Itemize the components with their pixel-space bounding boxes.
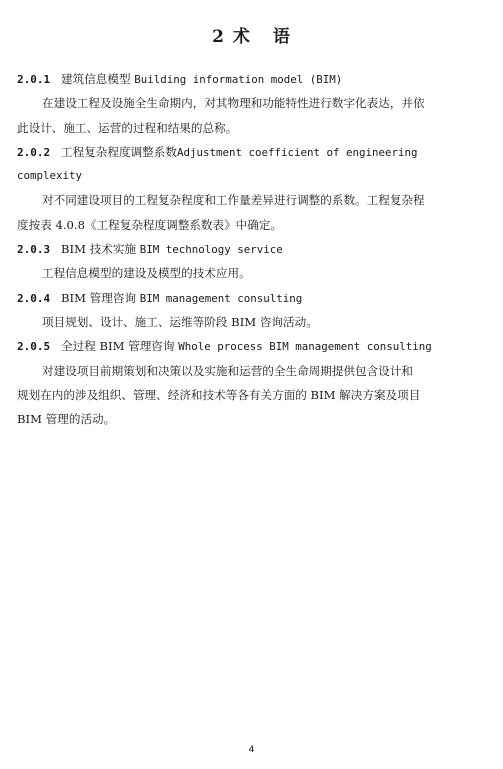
term-definition-line: 项目规划、设计、施工、运维等阶段 BIM 咨询活动。	[17, 310, 447, 334]
term-cn: BIM 管理咨询	[61, 291, 136, 305]
term-heading-2-0-5: 2.0.5全过程 BIM 管理咨询 Whole process BIM mana…	[17, 334, 447, 358]
term-heading-2-0-1: 2.0.1建筑信息模型 Building information model (…	[17, 67, 447, 91]
term-number: 2.0.4	[17, 287, 61, 311]
term-number: 2.0.5	[17, 335, 61, 359]
term-definition-line: BIM 管理的活动。	[17, 407, 447, 431]
term-heading-2-0-2: 2.0.2工程复杂程度调整系数Adjustment coefficient of…	[17, 140, 447, 164]
term-definition-line: 度按表 4.0.8《工程复杂程度调整系数表》中确定。	[17, 213, 447, 237]
term-definition-line: 对不同建设项目的工程复杂程度和工作量差异进行调整的系数。工程复杂程	[17, 188, 447, 212]
term-number: 2.0.3	[17, 238, 61, 262]
term-en: Adjustment coefficient of engineering	[177, 146, 418, 159]
term-en: Whole process BIM management consulting	[178, 340, 432, 353]
term-en: Building information model (BIM)	[134, 73, 342, 86]
term-number: 2.0.2	[17, 141, 61, 165]
page-number: 4	[0, 745, 503, 755]
term-en-continuation: complexity	[17, 164, 447, 188]
term-heading-2-0-3: 2.0.3BIM 技术实施 BIM technology service	[17, 237, 447, 261]
term-definition-line: 规划在内的涉及组织、管理、经济和技术等各有关方面的 BIM 解决方案及项目	[17, 383, 447, 407]
term-en: BIM technology service	[140, 243, 283, 256]
term-cn: 全过程 BIM 管理咨询	[61, 339, 175, 353]
chapter-title-char-1: 术	[233, 27, 251, 47]
chapter-title-char-2: 语	[273, 27, 291, 47]
term-definition-line: 此设计、施工、运营的过程和结果的总称。	[17, 116, 447, 140]
chapter-title: 2术语	[0, 22, 503, 47]
term-number: 2.0.1	[17, 68, 61, 92]
term-en: BIM management consulting	[140, 292, 303, 305]
chapter-number: 2	[212, 27, 225, 47]
term-heading-2-0-4: 2.0.4BIM 管理咨询 BIM management consulting	[17, 286, 447, 310]
term-cn: 工程复杂程度调整系数	[61, 145, 177, 159]
term-cn: 建筑信息模型	[61, 72, 131, 86]
term-cn: BIM 技术实施	[61, 242, 136, 256]
document-body: 2.0.1建筑信息模型 Building information model (…	[17, 67, 447, 431]
term-definition-line: 在建设工程及设施全生命期内，对其物理和功能特性进行数字化表达，并依	[17, 91, 447, 115]
term-definition-line: 工程信息模型的建设及模型的技术应用。	[17, 261, 447, 285]
term-definition-line: 对建设项目前期策划和决策以及实施和运营的全生命周期提供包含设计和	[17, 359, 447, 383]
